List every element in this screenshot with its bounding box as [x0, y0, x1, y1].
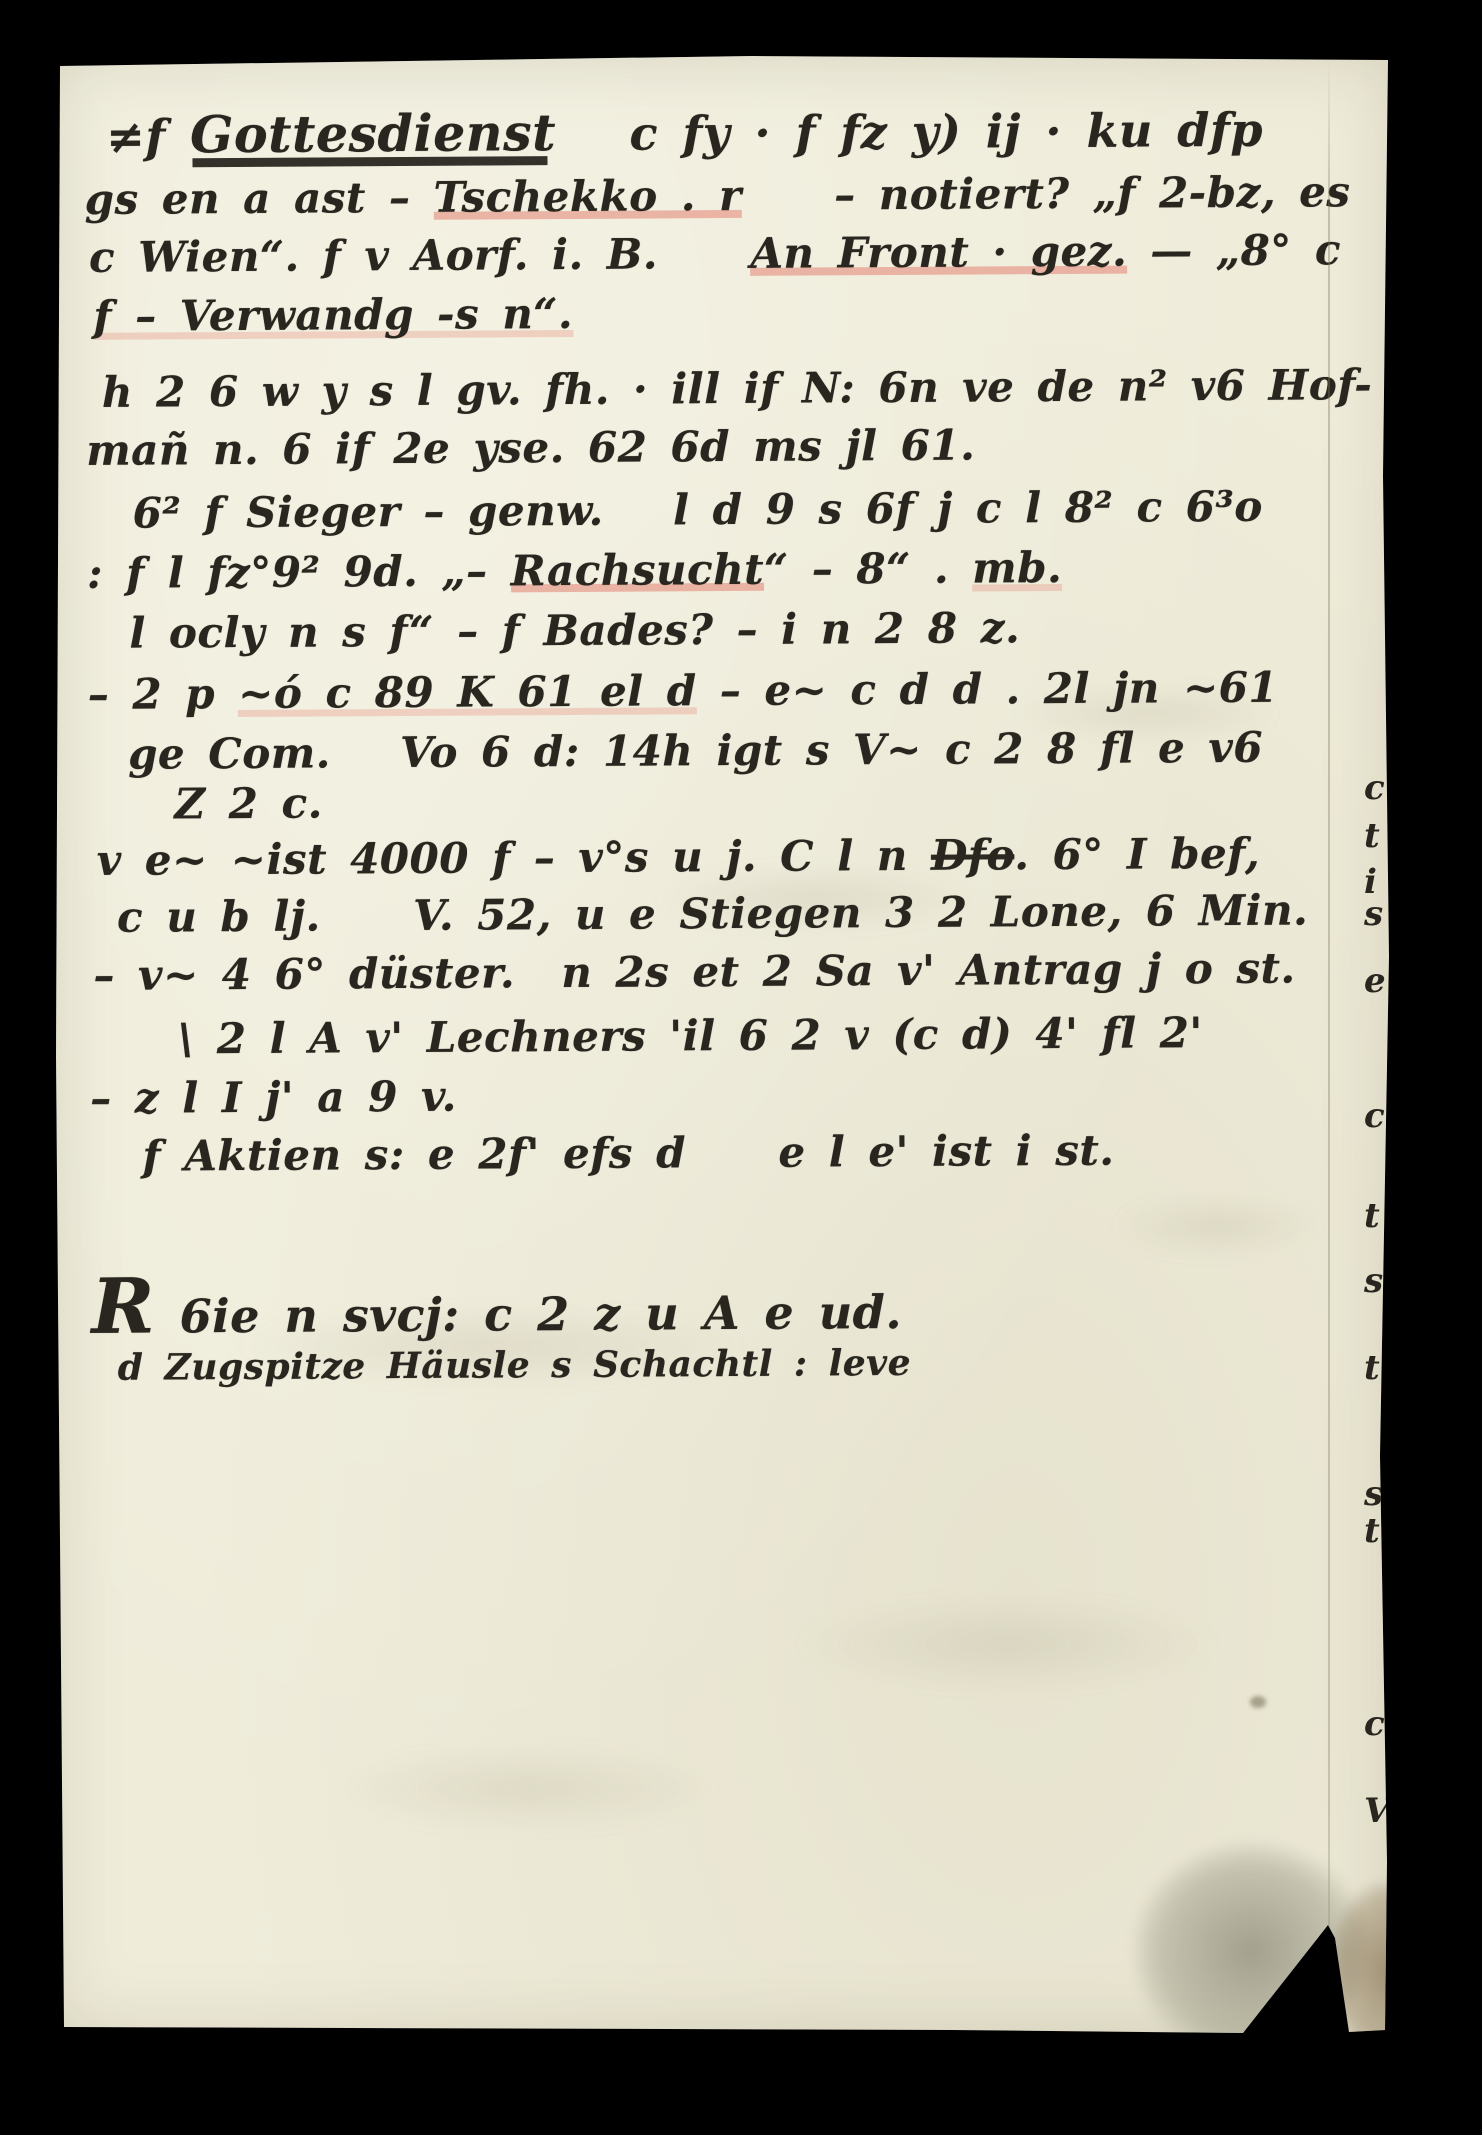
edge-fragment-glyph: t	[1364, 816, 1380, 856]
edge-fragment-glyph: c	[1364, 1704, 1385, 1744]
edge-fragment-glyph: c	[1364, 1096, 1385, 1136]
edge-fragment-glyph: s	[1364, 894, 1383, 934]
edge-fragment-glyph: V	[1364, 1791, 1390, 1831]
edge-fragment-glyph: t	[1364, 1348, 1380, 1388]
manuscript-page: ≠f Gottesdienst c fy · f fz y) ij · ku d…	[52, 56, 1392, 2033]
edge-fragment-glyph: c	[1364, 768, 1385, 808]
edge-fragments: ctisectststcV	[52, 56, 1392, 2033]
edge-fragment-glyph: e	[1364, 961, 1386, 1001]
edge-fragment-glyph: t	[1364, 1196, 1380, 1236]
edge-fragment-glyph: s	[1364, 1261, 1383, 1301]
edge-fragment-glyph: s	[1364, 1474, 1383, 1514]
stain-speck	[1250, 1696, 1266, 1708]
edge-fragment-glyph: t	[1364, 1511, 1380, 1551]
scan-background: ≠f Gottesdienst c fy · f fz y) ij · ku d…	[0, 0, 1482, 2135]
